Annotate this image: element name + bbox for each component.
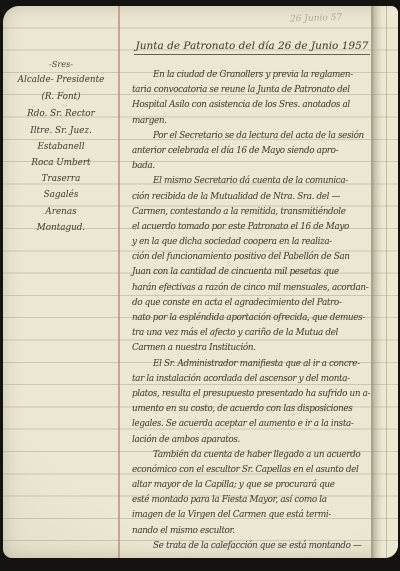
text-line: altar mayor de la Capilla; y que se proc… <box>132 478 374 493</box>
text-line: Se trata de la calefacción que se está m… <box>132 539 374 554</box>
attendee-name: Traserra <box>5 171 117 187</box>
attendees-list: -Sres-Alcalde- Presidente(R. Font)Rdo. S… <box>5 56 117 236</box>
attendee-name: Arenas <box>5 204 117 220</box>
attendee-name: Sagalés <box>5 187 117 203</box>
text-line: anterior celebrada el día 16 de Mayo sie… <box>132 144 374 159</box>
text-line: imagen de la Virgen del Carmen que está … <box>132 508 374 523</box>
attendee-name: (R. Font) <box>5 88 117 106</box>
text-line: do que conste en acta el agradecimiento … <box>132 296 374 311</box>
text-line: harán efectivas a razón de cinco mil men… <box>132 281 374 296</box>
margin-rule-line <box>118 6 120 558</box>
attendee-name: Rdo. Sr. Rector <box>5 106 117 122</box>
text-line: legales. Se acuerda aceptar el aumento e… <box>132 417 374 432</box>
attendee-name: Montagud. <box>5 220 117 236</box>
scan-background: 26 Junio 57 Junta de Patronato del día 2… <box>0 0 400 571</box>
attendee-name: Alcalde- Presidente <box>5 72 117 88</box>
attendee-name: -Sres- <box>5 56 117 72</box>
minutes-body: En la ciudad de Granollers y previa la r… <box>132 68 374 554</box>
text-line: Hospital Asilo con asistencia de los Sre… <box>132 98 374 113</box>
entry-title: Junta de Patronato del día 26 de Junio 1… <box>134 40 371 55</box>
text-line: y en la que dicha sociedad coopera en la… <box>132 235 374 250</box>
text-line: esté montado para la Fiesta Mayor, así c… <box>132 493 374 508</box>
text-line: También da cuenta de haber llegado a un … <box>132 448 374 463</box>
title-row: Junta de Patronato del día 26 de Junio 1… <box>132 34 372 55</box>
text-line: económico con el escultor Sr. Capellas e… <box>132 463 374 478</box>
text-line: nato por la espléndida aportación ofreci… <box>132 311 374 326</box>
text-line: taria convocatoria se reune la Junta de … <box>132 83 374 98</box>
text-line: El Sr. Administrador manifiesta que al i… <box>132 357 374 372</box>
attendee-name: Roca Umbert <box>5 155 117 171</box>
pencil-date-note: 26 Junio 57 <box>290 11 380 24</box>
text-line: Carmen a nuestra Institución. <box>132 341 374 356</box>
text-line: margen. <box>132 114 374 129</box>
text-line: el acuerdo tomado por este Patronato el … <box>132 220 374 235</box>
text-line: tra una vez más el afecto y cariño de la… <box>132 326 374 341</box>
text-line: Carmen, contestando a la remitida, trans… <box>132 205 374 220</box>
text-line: ción recibida de la Mutualidad de Ntra. … <box>132 190 374 205</box>
text-line: umento en su costo, de acuerdo con las d… <box>132 402 374 417</box>
attendee-name: Estabanell <box>5 139 117 155</box>
text-line: ción del funcionamiento positivo del Pab… <box>132 250 374 265</box>
attendee-name: Iltre. Sr. Juez. <box>5 123 117 139</box>
text-line: En la ciudad de Granollers y previa la r… <box>132 68 374 83</box>
text-line: lación de ambos aparatos. <box>132 433 374 448</box>
text-line: El mismo Secretario dá cuenta de la comu… <box>132 174 374 189</box>
text-line: tar la instalación acordada del ascensor… <box>132 372 374 387</box>
text-line: Por el Secretario se da lectura del acta… <box>132 129 374 144</box>
text-line: Juan con la cantidad de cincuenta mil pe… <box>132 265 374 280</box>
manuscript-page: 26 Junio 57 Junta de Patronato del día 2… <box>3 6 398 558</box>
text-line: bada. <box>132 159 374 174</box>
text-line: nando el mismo escultor. <box>132 524 374 539</box>
text-line: platos, resulta el presupuesto presentad… <box>132 387 374 402</box>
page-edge-strip <box>371 6 398 558</box>
